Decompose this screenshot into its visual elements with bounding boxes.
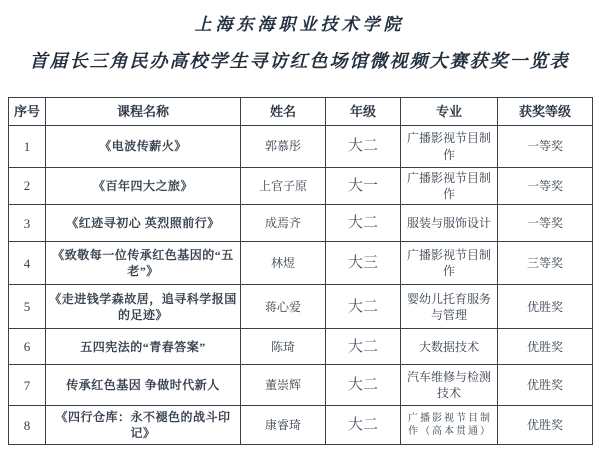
award-table: 序号 课程名称 姓名 年级 专业 获奖等级 1 《电波传薪火》 郭慕彤 大二 广… [8,97,593,445]
table-row: 8 《四行仓库：永不褪色的战斗印记》 康睿琦 大二 广播影视节目制作（高本贯通）… [9,406,593,445]
student-name: 陈琦 [241,329,326,365]
course-name: 《红迹寻初心 英烈照前行》 [46,205,241,242]
table-row: 5 《走进钱学森故居，追寻科学报国的足迹》 蒋心爱 大二 婴幼儿托育服务与管理 … [9,285,593,329]
grade: 大二 [326,329,401,365]
major: 服装与服饰设计 [401,205,498,242]
major: 广播影视节目制作 [401,168,498,205]
col-header-major: 专业 [401,98,498,126]
major: 汽车维修与检测技术 [401,365,498,406]
document-page: 上海东海职业技术学院 首届长三角民办高校学生寻访红色场馆微视频大赛获奖一览表 序… [0,0,599,454]
col-header-award: 获奖等级 [498,98,593,126]
course-name: 《百年四大之旅》 [46,168,241,205]
row-index: 1 [9,126,46,168]
grade: 大二 [326,285,401,329]
student-name: 成焉齐 [241,205,326,242]
award-level: 优胜奖 [498,365,593,406]
grade: 大二 [326,406,401,445]
course-name: 五四宪法的“青春答案” [46,329,241,365]
col-header-grade: 年级 [326,98,401,126]
course-name: 《致敬每一位传承红色基因的“五老”》 [46,242,241,285]
major: 婴幼儿托育服务与管理 [401,285,498,329]
award-level: 一等奖 [498,205,593,242]
table-row: 3 《红迹寻初心 英烈照前行》 成焉齐 大二 服装与服饰设计 一等奖 [9,205,593,242]
row-index: 2 [9,168,46,205]
table-header-row: 序号 课程名称 姓名 年级 专业 获奖等级 [9,98,593,126]
major: 广播影视节目制作 [401,242,498,285]
grade: 大一 [326,168,401,205]
row-index: 5 [9,285,46,329]
document-title: 首届长三角民办高校学生寻访红色场馆微视频大赛获奖一览表 [0,47,599,73]
row-index: 6 [9,329,46,365]
col-header-index: 序号 [9,98,46,126]
course-name: 《走进钱学森故居，追寻科学报国的足迹》 [46,285,241,329]
award-level: 三等奖 [498,242,593,285]
award-level: 优胜奖 [498,406,593,445]
course-name: 传承红色基因 争做时代新人 [46,365,241,406]
student-name: 董崇辉 [241,365,326,406]
course-name: 《四行仓库：永不褪色的战斗印记》 [46,406,241,445]
grade: 大二 [326,205,401,242]
table-row: 2 《百年四大之旅》 上官子原 大一 广播影视节目制作 一等奖 [9,168,593,205]
row-index: 8 [9,406,46,445]
student-name: 蒋心爱 [241,285,326,329]
grade: 大二 [326,126,401,168]
table-row: 4 《致敬每一位传承红色基因的“五老”》 林煜 大三 广播影视节目制作 三等奖 [9,242,593,285]
grade: 大三 [326,242,401,285]
major: 广播影视节目制作（高本贯通） [401,406,498,445]
table-row: 7 传承红色基因 争做时代新人 董崇辉 大二 汽车维修与检测技术 优胜奖 [9,365,593,406]
award-level: 一等奖 [498,126,593,168]
row-index: 7 [9,365,46,406]
document-title-block: 上海东海职业技术学院 首届长三角民办高校学生寻访红色场馆微视频大赛获奖一览表 [0,0,599,73]
major: 广播影视节目制作 [401,126,498,168]
award-level: 优胜奖 [498,329,593,365]
student-name: 林煜 [241,242,326,285]
table-row: 1 《电波传薪火》 郭慕彤 大二 广播影视节目制作 一等奖 [9,126,593,168]
student-name: 上官子原 [241,168,326,205]
col-header-name: 姓名 [241,98,326,126]
major: 大数据技术 [401,329,498,365]
award-level: 一等奖 [498,168,593,205]
row-index: 4 [9,242,46,285]
grade: 大二 [326,365,401,406]
student-name: 郭慕彤 [241,126,326,168]
course-name: 《电波传薪火》 [46,126,241,168]
row-index: 3 [9,205,46,242]
school-title: 上海东海职业技术学院 [0,10,599,35]
table-row: 6 五四宪法的“青春答案” 陈琦 大二 大数据技术 优胜奖 [9,329,593,365]
award-level: 优胜奖 [498,285,593,329]
student-name: 康睿琦 [241,406,326,445]
col-header-course: 课程名称 [46,98,241,126]
